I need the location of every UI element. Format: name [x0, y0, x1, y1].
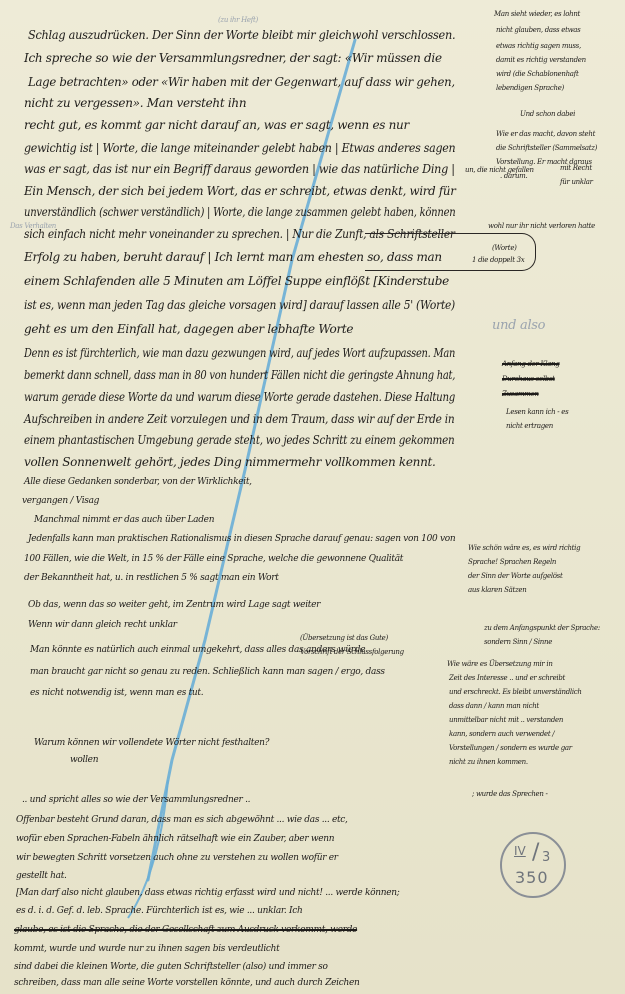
- margin-note: Zeit des Interesse .. und er schreibt: [449, 674, 565, 682]
- text-line: Ich spreche so wie der Versammlungsredne…: [24, 51, 442, 65]
- margin-line: Man sieht wieder, es lohnt: [494, 10, 580, 18]
- text-line: der Bekanntheit hat, u. in restlichen 5 …: [24, 573, 279, 583]
- loop-note: (Worte): [492, 244, 517, 252]
- margin-note: ; wurde das Sprechen -: [472, 790, 548, 798]
- margin-note: Lesen kann ich - es: [506, 408, 568, 416]
- crossed-note: Durchaus selbst: [502, 375, 555, 383]
- text-line: Offenbar besteht Grund daran, dass man e…: [16, 815, 348, 825]
- stamp-slash: /: [532, 840, 539, 865]
- text-line: recht gut, es kommt gar nicht darauf an,…: [24, 118, 409, 132]
- bracket-note: (Übersetzung ist das Gute): [300, 634, 388, 642]
- text-line: es nicht notwendig ist, wenn man es tut.: [30, 688, 203, 698]
- question-line: Warum können wir vollendete Wörter nicht…: [34, 738, 269, 748]
- stamp-part: 3: [542, 850, 550, 865]
- margin-aside: für unklar: [560, 178, 593, 186]
- text-line: Wenn wir dann gleich recht unklar: [28, 620, 177, 630]
- text-line: Alle diese Gedanken sonderbar, von der W…: [24, 477, 252, 487]
- margin-note: der Sinn der Worte aufgelöst: [468, 572, 562, 580]
- bracket-note: Vorschrift der Schlussfolgerung: [300, 648, 404, 656]
- margin-line: nicht glauben, dass etwas: [496, 26, 580, 34]
- text-line: ist es, wenn man jeden Tag das gleiche v…: [24, 298, 455, 312]
- text-line: bemerkt dann schnell, dass man in 80 von…: [24, 368, 455, 382]
- text-line: nicht zu vergessen». Man versteht ihn: [24, 96, 246, 110]
- margin-note: Wie wäre es Übersetzung mir in: [447, 660, 553, 668]
- margin-line: wird (die Schablonenhaft: [496, 70, 578, 78]
- text-line: Jedenfalls kann man praktischen Rational…: [28, 534, 455, 544]
- text-line: vollen Sonnenwelt gehört, jedes Ding nim…: [24, 455, 436, 469]
- text-line: gewichtig ist | Worte, die lange miteina…: [24, 141, 455, 155]
- text-line: was er sagt, das ist nur ein Begriff dar…: [24, 162, 455, 176]
- text-line: .. und spricht alles so wie der Versamml…: [22, 795, 250, 805]
- text-line: Lage betrachten» oder «Wir haben mit der…: [28, 75, 455, 89]
- margin-line: die Schriftsteller (Sammelsatz): [496, 144, 597, 152]
- margin-aside: mit Recht: [560, 164, 592, 172]
- text-line: einem Schlafenden alle 5 Minuten am Löff…: [24, 274, 449, 288]
- margin-line: lebendigen Sprache): [496, 84, 564, 92]
- text-line: Ein Mensch, der sich bei jedem Wort, das…: [24, 184, 456, 198]
- archive-stamp: IV / 3 350: [500, 832, 566, 898]
- text-line: warum gerade diese Worte da und warum di…: [24, 390, 455, 404]
- margin-note: Vorstellungen / sondern es wurde gar: [449, 744, 572, 752]
- margin-note: kann, sondern auch verwendet /: [449, 730, 554, 738]
- margin-note: und erschreckt. Es bleibt unverständlich: [449, 688, 582, 696]
- manuscript-page: (zu ihr Heft) Das Verhalten und also Sch…: [0, 0, 625, 994]
- loop-note: 1 die doppelt 3x: [472, 256, 524, 264]
- text-line: 100 Fällen, wie die Welt, in 15 % der Fä…: [24, 554, 403, 564]
- margin-note: nicht ertragen: [506, 422, 553, 430]
- text-line: Aufschreiben in andere Zeit vorzulegen u…: [24, 412, 454, 426]
- loop-annotation: [365, 233, 536, 271]
- text-line: einem phantastischen Umgebung gerade ste…: [24, 433, 454, 447]
- margin-note: Sprache! Sprachen Regeln: [468, 558, 556, 566]
- margin-line: Wie er das macht, davon steht: [496, 130, 595, 138]
- text-line: es d. i. d. Gef. d. leb. Sprache. Fürcht…: [16, 906, 303, 916]
- margin-aside: wohl nur ihr nicht verloren hatte: [488, 222, 595, 230]
- text-line: Schlag auszudrücken. Der Sinn der Worte …: [28, 28, 455, 42]
- crossed-note: Zusammen: [502, 390, 539, 398]
- text-line: geht es um den Einfall hat, dagegen aber…: [24, 322, 353, 336]
- text-line: man braucht gar nicht so genau zu reden.…: [30, 667, 385, 677]
- text-line: sind dabei die kleinen Worte, die guten …: [14, 962, 328, 972]
- pencil-note-und-also: und also: [492, 318, 545, 333]
- struck-text-line: glaube, es ist die Sprache, die der Gese…: [14, 925, 357, 935]
- question-alt-word: wollen: [70, 755, 98, 765]
- margin-line: damit es richtig verstanden: [496, 56, 586, 64]
- text-line: vergangen / Visag: [22, 496, 99, 506]
- text-line: schreiben, dass man alle seine Worte vor…: [14, 978, 360, 988]
- margin-note: zu dem Anfangspunkt der Sprache:: [484, 624, 600, 632]
- margin-line: Und schon dabei: [520, 110, 575, 118]
- margin-aside: un, die nicht gefallen: [465, 166, 534, 174]
- crossed-note: Anfang der Klang: [502, 360, 560, 368]
- pencil-note-header: (zu ihr Heft): [218, 16, 258, 24]
- margin-note: nicht zu ihnen kommen.: [449, 758, 528, 766]
- margin-line: etwas richtig sagen muss,: [496, 42, 581, 50]
- text-line: wir bewegten Schritt vorsetzen auch ohne…: [16, 853, 338, 863]
- text-line: [Man darf also nicht glauben, dass etwas…: [16, 888, 399, 898]
- text-line: kommt, wurde und wurde nur zu ihnen sage…: [14, 944, 279, 954]
- margin-note: dass dann / kann man nicht: [449, 702, 539, 710]
- text-line: unverständlich (schwer verständlich) | W…: [24, 205, 455, 219]
- text-line: Ob das, wenn das so weiter geht, im Zent…: [28, 600, 320, 610]
- margin-note: aus klaren Sätzen: [468, 586, 526, 594]
- margin-note: sondern Sinn / Sinne: [484, 638, 552, 646]
- margin-note: unmittelbar nicht mit .. verstanden: [449, 716, 563, 724]
- text-line: Manchmal nimmt er das auch über Laden: [34, 515, 214, 525]
- text-line: gestellt hat.: [16, 871, 67, 881]
- margin-note: Wie schön wäre es, es wird richtig: [468, 544, 580, 552]
- stamp-page-number: 350: [515, 868, 549, 887]
- stamp-volume: IV: [514, 844, 526, 858]
- text-line: wofür eben Sprachen-Fabeln ähnlich rätse…: [16, 834, 334, 844]
- text-line: Denn es ist fürchterlich, wie man dazu g…: [24, 346, 455, 360]
